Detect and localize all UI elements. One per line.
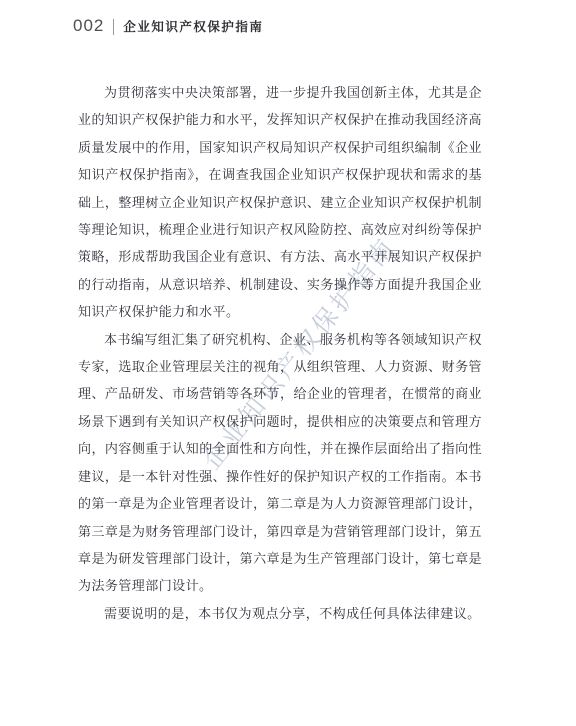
book-page: 002 企业知识产权保护指南 企业知识产权保护指南 为贯彻落实中央决策部署，进一… <box>0 0 576 726</box>
page-number: 002 <box>73 16 104 36</box>
running-head: 002 企业知识产权保护指南 <box>73 16 263 36</box>
body-paragraph: 为贯彻落实中央决策部署，进一步提升我国创新主体，尤其是企业的知识产权保护能力和水… <box>78 79 482 326</box>
body-paragraph: 需要说明的是，本书仅为观点分享，不构成任何具体法律建议。 <box>78 600 482 627</box>
body-paragraph: 本书编写组汇集了研究机构、企业、服务机构等各领域知识产权专家，选取企业管理层关注… <box>78 326 482 600</box>
running-head-title: 企业知识产权保护指南 <box>123 17 263 35</box>
body-text-block: 为贯彻落实中央决策部署，进一步提升我国创新主体，尤其是企业的知识产权保护能力和水… <box>78 79 482 627</box>
header-divider <box>113 19 114 35</box>
